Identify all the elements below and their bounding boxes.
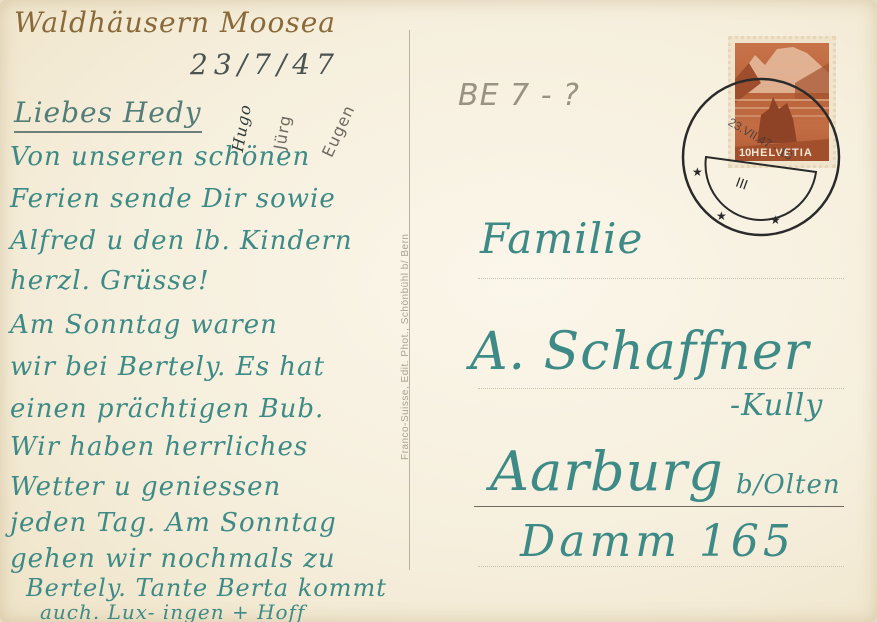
address-line-2-suffix: -Kully (730, 388, 823, 423)
svg-text:★: ★ (716, 209, 727, 223)
address-rule (474, 506, 844, 507)
svg-text:III: III (734, 174, 750, 193)
address-line-4: Damm 165 (520, 516, 795, 567)
greeting: Liebes Hedy (14, 96, 202, 133)
signature-3: Eugen (318, 102, 359, 160)
message-line: herzl. Grüsse! (10, 266, 210, 296)
message-line: einen prächtigen Bub. (10, 394, 324, 424)
address-line-3-suffix: b/Olten (736, 470, 841, 500)
place-header: Waldhäusern Moosea (14, 6, 336, 39)
pencil-note: BE 7 - ? (458, 78, 580, 113)
message-line: jeden Tag. Am Sonntag (10, 508, 337, 538)
address-line-3: Aarburg (490, 440, 724, 503)
message-date: 23/7/47 (190, 48, 340, 81)
postcard-back: Waldhäusern Moosea 23/7/47 Liebes Hedy H… (0, 0, 877, 622)
message-line: gehen wir nochmals zu (10, 544, 336, 574)
message-line: Ferien sende Dir sowie (10, 184, 336, 214)
message-line: Wetter u geniessen (10, 472, 281, 502)
postmark-icon: ★ ★ ★ III 23.VII.47 - 13 (676, 72, 846, 242)
message-line: Wir haben herrliches (10, 432, 308, 462)
svg-text:23.VII.47 - 13: 23.VII.47 - 13 (726, 115, 796, 163)
publisher-imprint: Franco-Suisse, Edit. Phot., Schönbühl b/… (400, 234, 411, 461)
message-line: Bertely. Tante Berta kommt (26, 574, 387, 602)
message-line: wir bei Bertely. Es hat (10, 352, 325, 382)
address-rule (478, 278, 844, 279)
message-line: Von unseren schönen (10, 142, 310, 172)
svg-text:★: ★ (770, 213, 781, 227)
address-line-1: Familie (480, 214, 643, 263)
message-line: Am Sonntag waren (10, 310, 278, 340)
message-line: Alfred u den lb. Kindern (10, 226, 353, 256)
svg-text:★: ★ (692, 165, 703, 179)
message-line: auch. Lux- ingen + Hoff (40, 600, 305, 622)
address-line-2: A. Schaffner (470, 322, 809, 382)
